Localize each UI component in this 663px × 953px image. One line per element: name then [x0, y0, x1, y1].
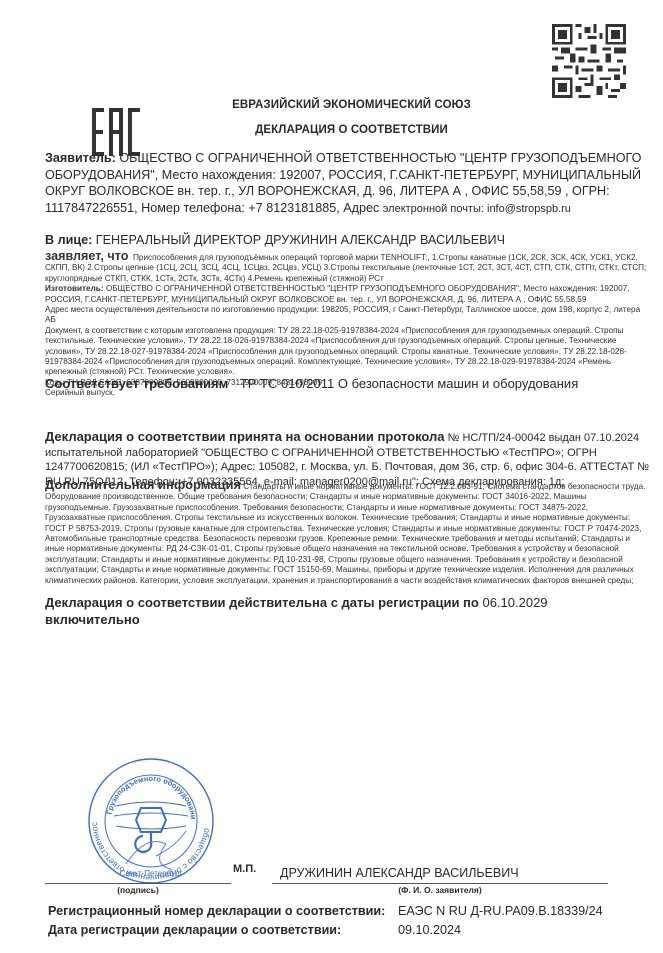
conformity-label: Соответствует требованиям	[45, 376, 228, 391]
svg-text:Санкт-Петербург: Санкт-Петербург	[120, 869, 183, 878]
applicant-name: ДРУЖИНИН АЛЕКСАНДР ВАСИЛЬЕВИЧ	[280, 866, 519, 880]
conformity-section: Соответствует требованиям ТР ТС 010/2011…	[45, 376, 650, 391]
production-site: Адрес места осуществления деятельности п…	[45, 305, 650, 326]
validity-suffix: включительно	[45, 612, 140, 627]
company-stamp-icon: общество с ограниченной ответственностью…	[86, 756, 216, 886]
signature-line	[45, 883, 231, 884]
person-text: ГЕНЕРАЛЬНЫЙ ДИРЕКТОР ДРУЖИНИН АЛЕКСАНДР …	[96, 233, 505, 247]
validity-label: Декларация о соответствии действительна …	[45, 595, 479, 610]
registration-date: 09.10.2024	[398, 923, 461, 937]
registration-date-label: Дата регистрации декларации о соответств…	[48, 923, 341, 937]
document-title: ДЕКЛАРАЦИЯ О СООТВЕТСТВИИ	[0, 124, 663, 136]
conformity-text: ТР ТС 010/2011 О безопасности машин и об…	[240, 376, 578, 391]
svg-text:Грузоподъемного оборудования: Грузоподъемного оборудования	[86, 756, 198, 820]
additional-info-label: Дополнительная информация	[45, 477, 241, 492]
additional-info-section: Дополнительная информация Стандарты и ин…	[45, 480, 650, 586]
manufacturer-text: ОБЩЕСТВО С ОГРАНИЧЕННОЙ ОТВЕТСТВЕННОСТЬЮ…	[45, 284, 629, 303]
name-line	[272, 883, 608, 884]
protocol-label: Декларация о соответствии принята на осн…	[45, 429, 445, 444]
products-text: Приспособления для грузоподъёмных операц…	[45, 253, 646, 283]
union-heading: ЕВРАЗИЙСКИЙ ЭКОНОМИЧЕСКИЙ СОЮЗ	[0, 99, 663, 111]
validity-date: 06.10.2029	[482, 595, 547, 610]
applicant-email: info@stropspb.ru	[487, 203, 571, 215]
seal-place-label: М.П.	[233, 863, 256, 875]
qr-code-icon	[552, 24, 626, 98]
registration-number: ЕАЭС N RU Д-RU.PA09.B.18339/24	[398, 904, 603, 918]
signature-label: (подпись)	[45, 885, 231, 895]
validity-section: Декларация о соответствии действительна …	[45, 594, 650, 628]
name-label: (Ф. И. О. заявителя)	[272, 885, 608, 895]
person-label: В лице:	[45, 233, 92, 247]
document-basis: Документ, в соответствии с которым изгот…	[45, 326, 650, 378]
additional-info-text: Стандарты и иные нормативные документы: …	[45, 482, 646, 585]
manufacturer-label: Изготовитель:	[45, 284, 104, 293]
person-section: В лице: ГЕНЕРАЛЬНЫЙ ДИРЕКТОР ДРУЖИНИН АЛ…	[45, 232, 650, 249]
applicant-label: Заявитель:	[45, 151, 116, 165]
email-label: электронной почты:	[383, 203, 487, 215]
registration-number-label: Регистрационный номер декларации о соотв…	[48, 904, 385, 918]
declares-label: заявляет, что	[45, 249, 128, 263]
applicant-section: Заявитель: ОБЩЕСТВО С ОГРАНИЧЕННОЙ ОТВЕТ…	[45, 150, 650, 217]
